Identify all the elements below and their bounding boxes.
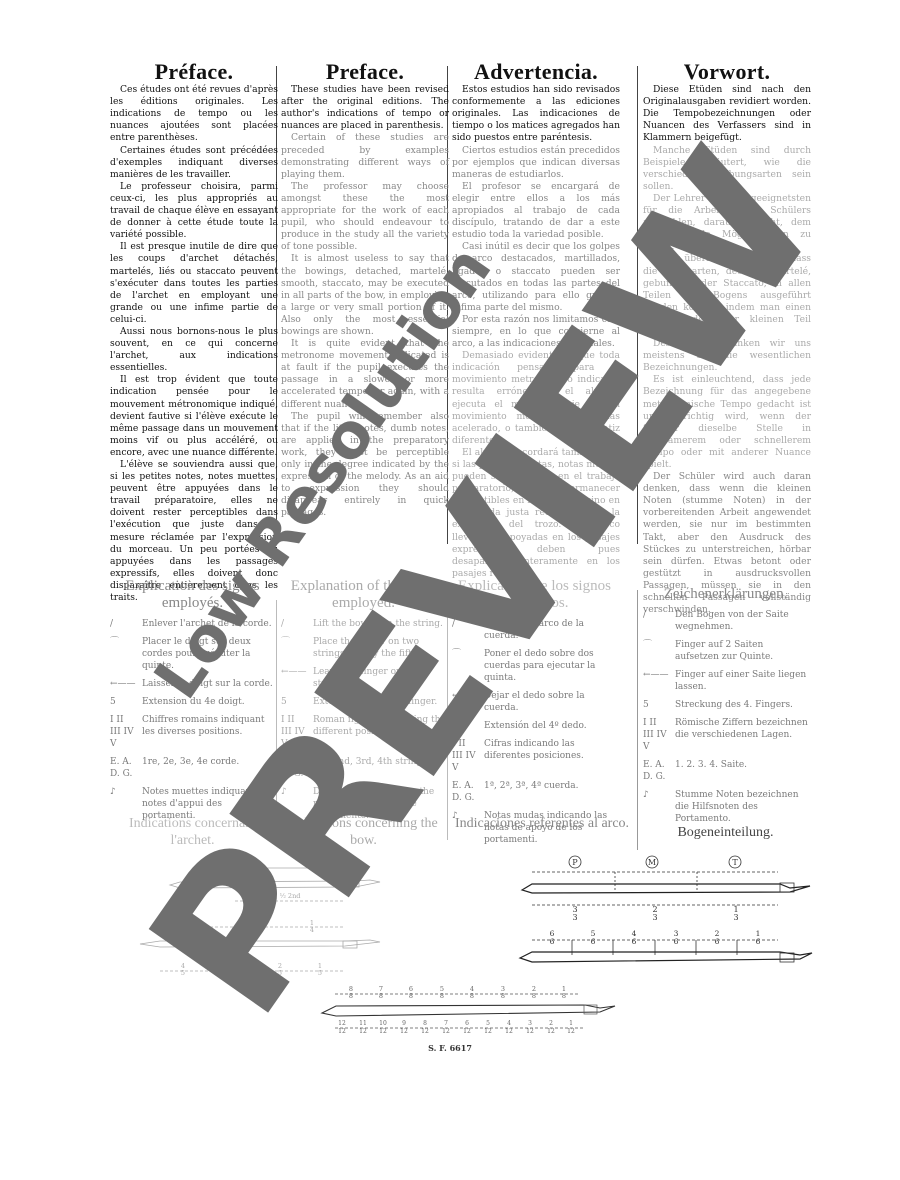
svg-text:12: 12 — [379, 1028, 387, 1035]
svg-text:9: 9 — [402, 1020, 406, 1027]
svg-text:8: 8 — [470, 992, 474, 1000]
svg-text:4: 4 — [310, 926, 314, 934]
svg-text:6: 6 — [591, 937, 596, 946]
svg-text:6: 6 — [632, 937, 637, 946]
svg-text:7: 7 — [444, 1020, 448, 1027]
bow-left-faint — [140, 868, 380, 971]
svg-text:3: 3 — [652, 913, 657, 922]
svg-text:8: 8 — [440, 992, 444, 1000]
svg-text:P: P — [572, 858, 578, 867]
svg-text:6: 6 — [674, 937, 679, 946]
svg-text:12: 12 — [359, 1028, 367, 1035]
svg-text:8: 8 — [409, 992, 413, 1000]
svg-text:5: 5 — [181, 969, 185, 977]
svg-text:1: 1 — [569, 1020, 573, 1027]
svg-text:2: 2 — [549, 1020, 553, 1027]
svg-text:8: 8 — [423, 1020, 427, 1027]
svg-text:12: 12 — [421, 1028, 429, 1035]
bow-division-diagram: P M T 33 23 13 66 56 46 36 26 16 — [0, 0, 900, 1180]
svg-text:5: 5 — [318, 969, 322, 977]
svg-text:8: 8 — [562, 992, 566, 1000]
svg-text:3: 3 — [733, 913, 738, 922]
svg-text:6: 6 — [715, 937, 720, 946]
svg-text:10: 10 — [379, 1020, 387, 1027]
svg-text:12: 12 — [505, 1028, 513, 1035]
svg-text:6: 6 — [550, 937, 555, 946]
svg-text:M: M — [648, 858, 656, 867]
svg-text:3: 3 — [528, 1020, 532, 1027]
svg-text:12: 12 — [484, 1028, 492, 1035]
svg-text:12: 12 — [526, 1028, 534, 1035]
svg-text:11: 11 — [359, 1020, 367, 1027]
svg-text:5: 5 — [278, 969, 282, 977]
svg-text:12: 12 — [547, 1028, 555, 1035]
svg-text:12: 12 — [567, 1028, 575, 1035]
svg-text:3: 3 — [572, 913, 577, 922]
svg-text:6: 6 — [756, 937, 761, 946]
svg-text:12: 12 — [400, 1028, 408, 1035]
svg-text:12: 12 — [442, 1028, 450, 1035]
svg-text:½ 2nd: ½ 2nd — [280, 892, 301, 900]
svg-text:12: 12 — [463, 1028, 471, 1035]
svg-text:8: 8 — [379, 992, 383, 1000]
svg-text:6: 6 — [465, 1020, 469, 1027]
bow-sixths — [520, 940, 812, 962]
svg-text:8: 8 — [349, 992, 353, 1000]
plate-number: S. F. 6617 — [0, 1043, 900, 1053]
svg-text:12: 12 — [338, 1028, 346, 1035]
svg-text:5: 5 — [486, 1020, 490, 1027]
svg-text:12: 12 — [338, 1020, 346, 1027]
svg-text:4: 4 — [253, 926, 257, 934]
svg-text:8: 8 — [532, 992, 536, 1000]
svg-text:4: 4 — [189, 926, 193, 934]
svg-text:5: 5 — [230, 969, 234, 977]
bow-thirds — [522, 856, 810, 905]
svg-text:T: T — [732, 858, 738, 867]
svg-text:4: 4 — [507, 1020, 511, 1027]
svg-text:8: 8 — [501, 992, 505, 1000]
score-page: Préface. Ces études ont été revues d'apr… — [0, 0, 900, 1180]
